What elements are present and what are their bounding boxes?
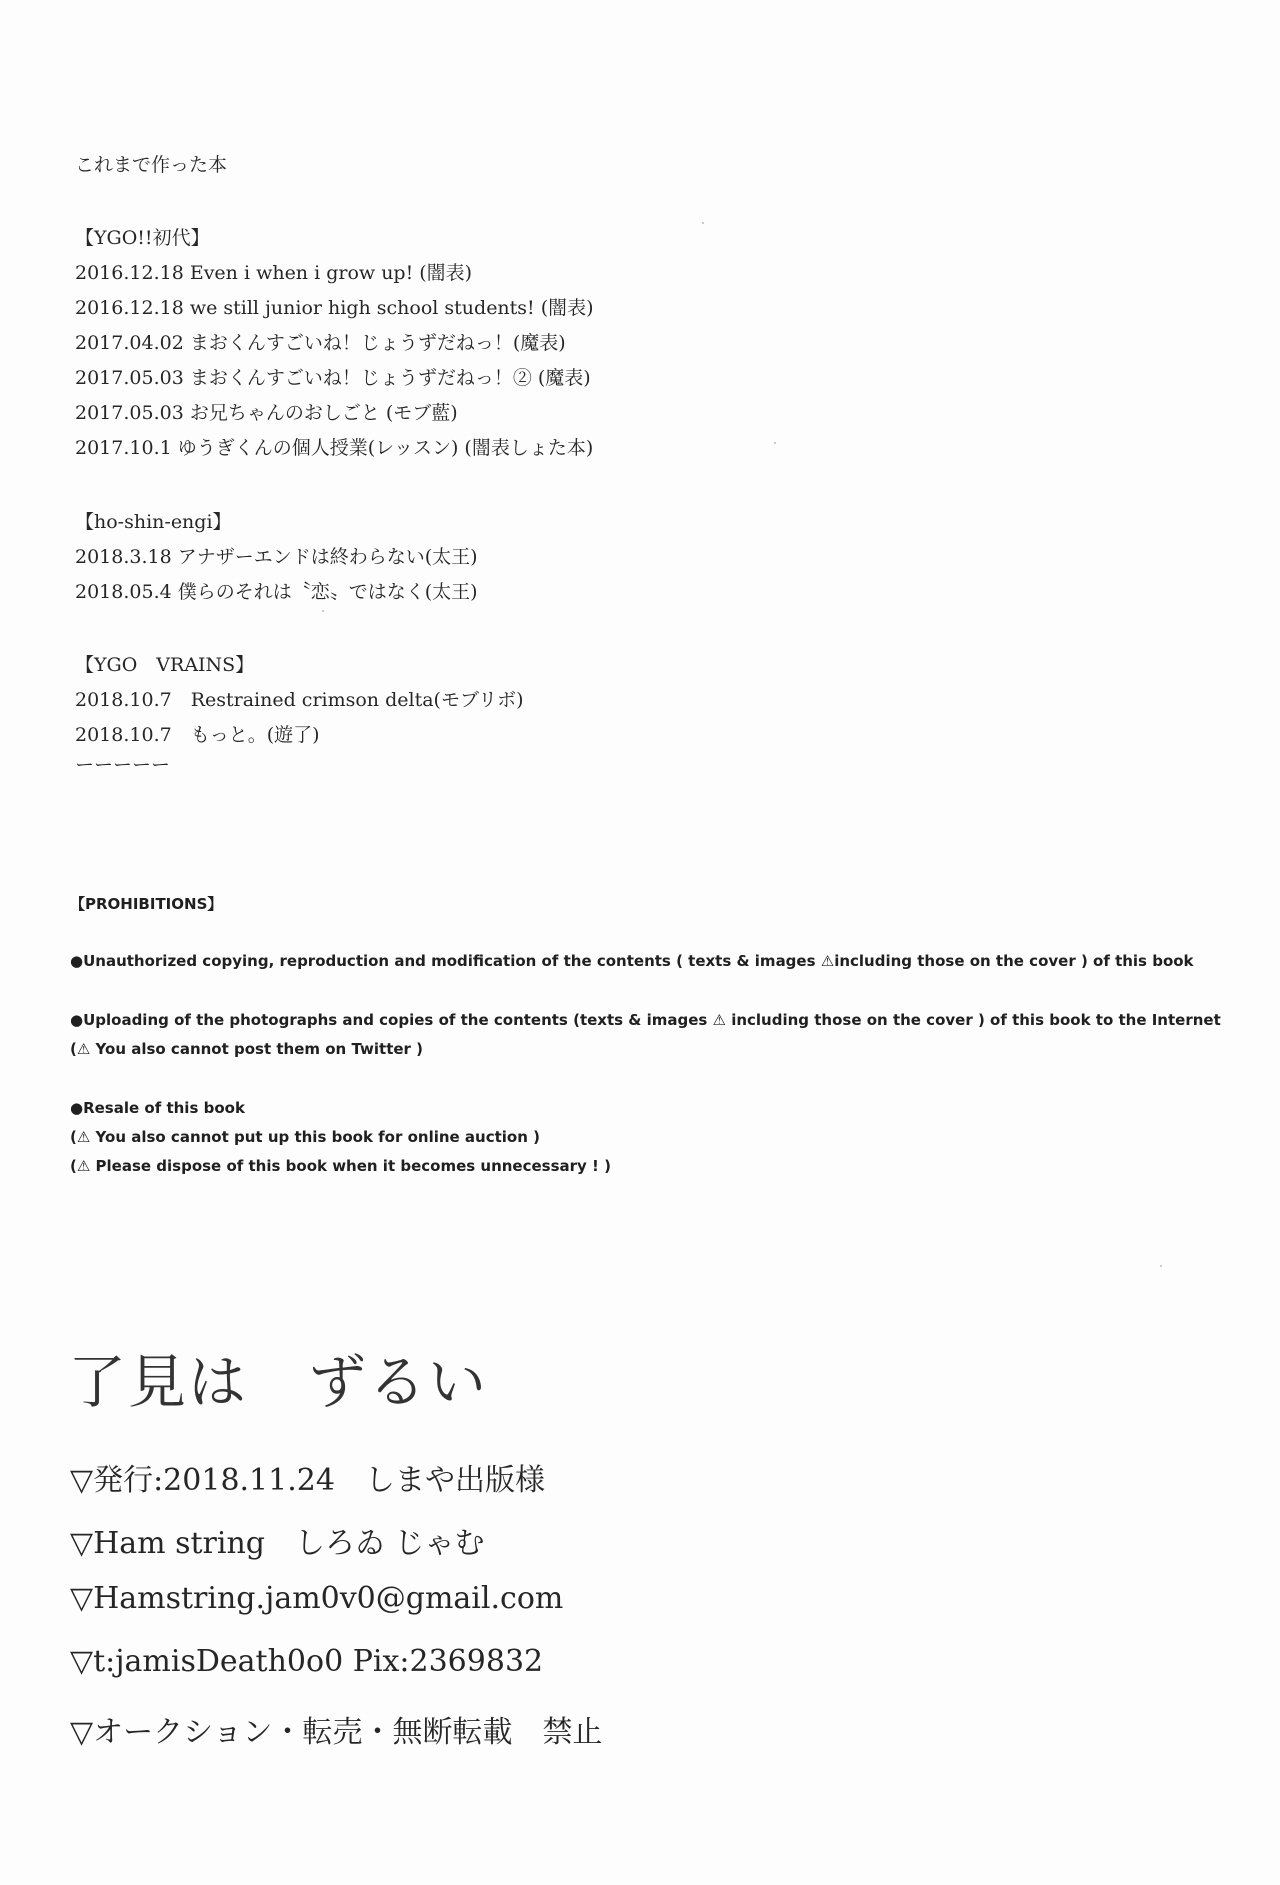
colophon-email: ▽Hamstring.jam0v0@gmail.com [70,1581,563,1616]
prohibition-note: (⚠ You also cannot post them on Twitter … [70,1040,423,1058]
prohibitions-heading: 【PROHIBITIONS】 [70,893,222,914]
scan-speck [1160,1265,1162,1267]
book-entry: 2016.12.18 Even i when i grow up! (闇表) [75,258,472,285]
scan-speck [774,442,776,444]
section-label-hoshin-engi: 【ho-shin-engi】 [75,507,232,534]
divider-line: ーーーーー [75,750,170,777]
book-entry: 2018.10.7 もっと。(遊了) [75,720,320,747]
book-entry: 2018.05.4 僕らのそれは〝恋〟ではなく(太王) [75,577,478,604]
section-label-ygo-vrains: 【YGO VRAINS】 [75,650,254,677]
books-heading: これまで作った本 [75,150,227,177]
scan-speck [322,610,324,612]
colophon-circle-author: ▽Ham string しろゐ じゃむ [70,1518,485,1562]
colophon-social: ▽t:jamisDeath0o0 Pix:2369832 [70,1644,543,1679]
book-entry: 2018.10.7 Restrained crimson delta(モブリボ) [75,685,524,712]
prohibition-note: (⚠ Please dispose of this book when it b… [70,1157,611,1175]
colophon-publish-date: ▽発行:2018.11.24 しまや出版様 [70,1455,545,1499]
book-entry: 2018.3.18 アナザーエンドは終わらない(太王) [75,542,478,569]
prohibition-item: ●Unauthorized copying, reproduction and … [70,952,1194,970]
book-title: 了見は ずるい [68,1335,488,1419]
book-entry: 2017.04.02 まおくんすごいね！じょうずだねっ！(魔表) [75,328,566,355]
prohibition-note: (⚠ You also cannot put up this book for … [70,1128,540,1146]
book-entry: 2017.05.03 お兄ちゃんのおしごと (モブ藍) [75,398,458,425]
book-entry: 2017.05.03 まおくんすごいね！じょうずだねっ！② (魔表) [75,363,591,390]
colophon-notice: ▽オークション・転売・無断転載 禁止 [70,1707,602,1751]
book-entry: 2017.10.1 ゆうぎくんの個人授業(レッスン) (闇表しょた本) [75,433,593,460]
prohibition-item: ●Uploading of the photographs and copies… [70,1011,1221,1029]
scan-speck [702,222,704,224]
prohibition-item: ●Resale of this book [70,1099,245,1117]
section-label-ygo-original: 【YGO!!初代】 [75,223,210,250]
book-entry: 2016.12.18 we still junior high school s… [75,293,594,320]
